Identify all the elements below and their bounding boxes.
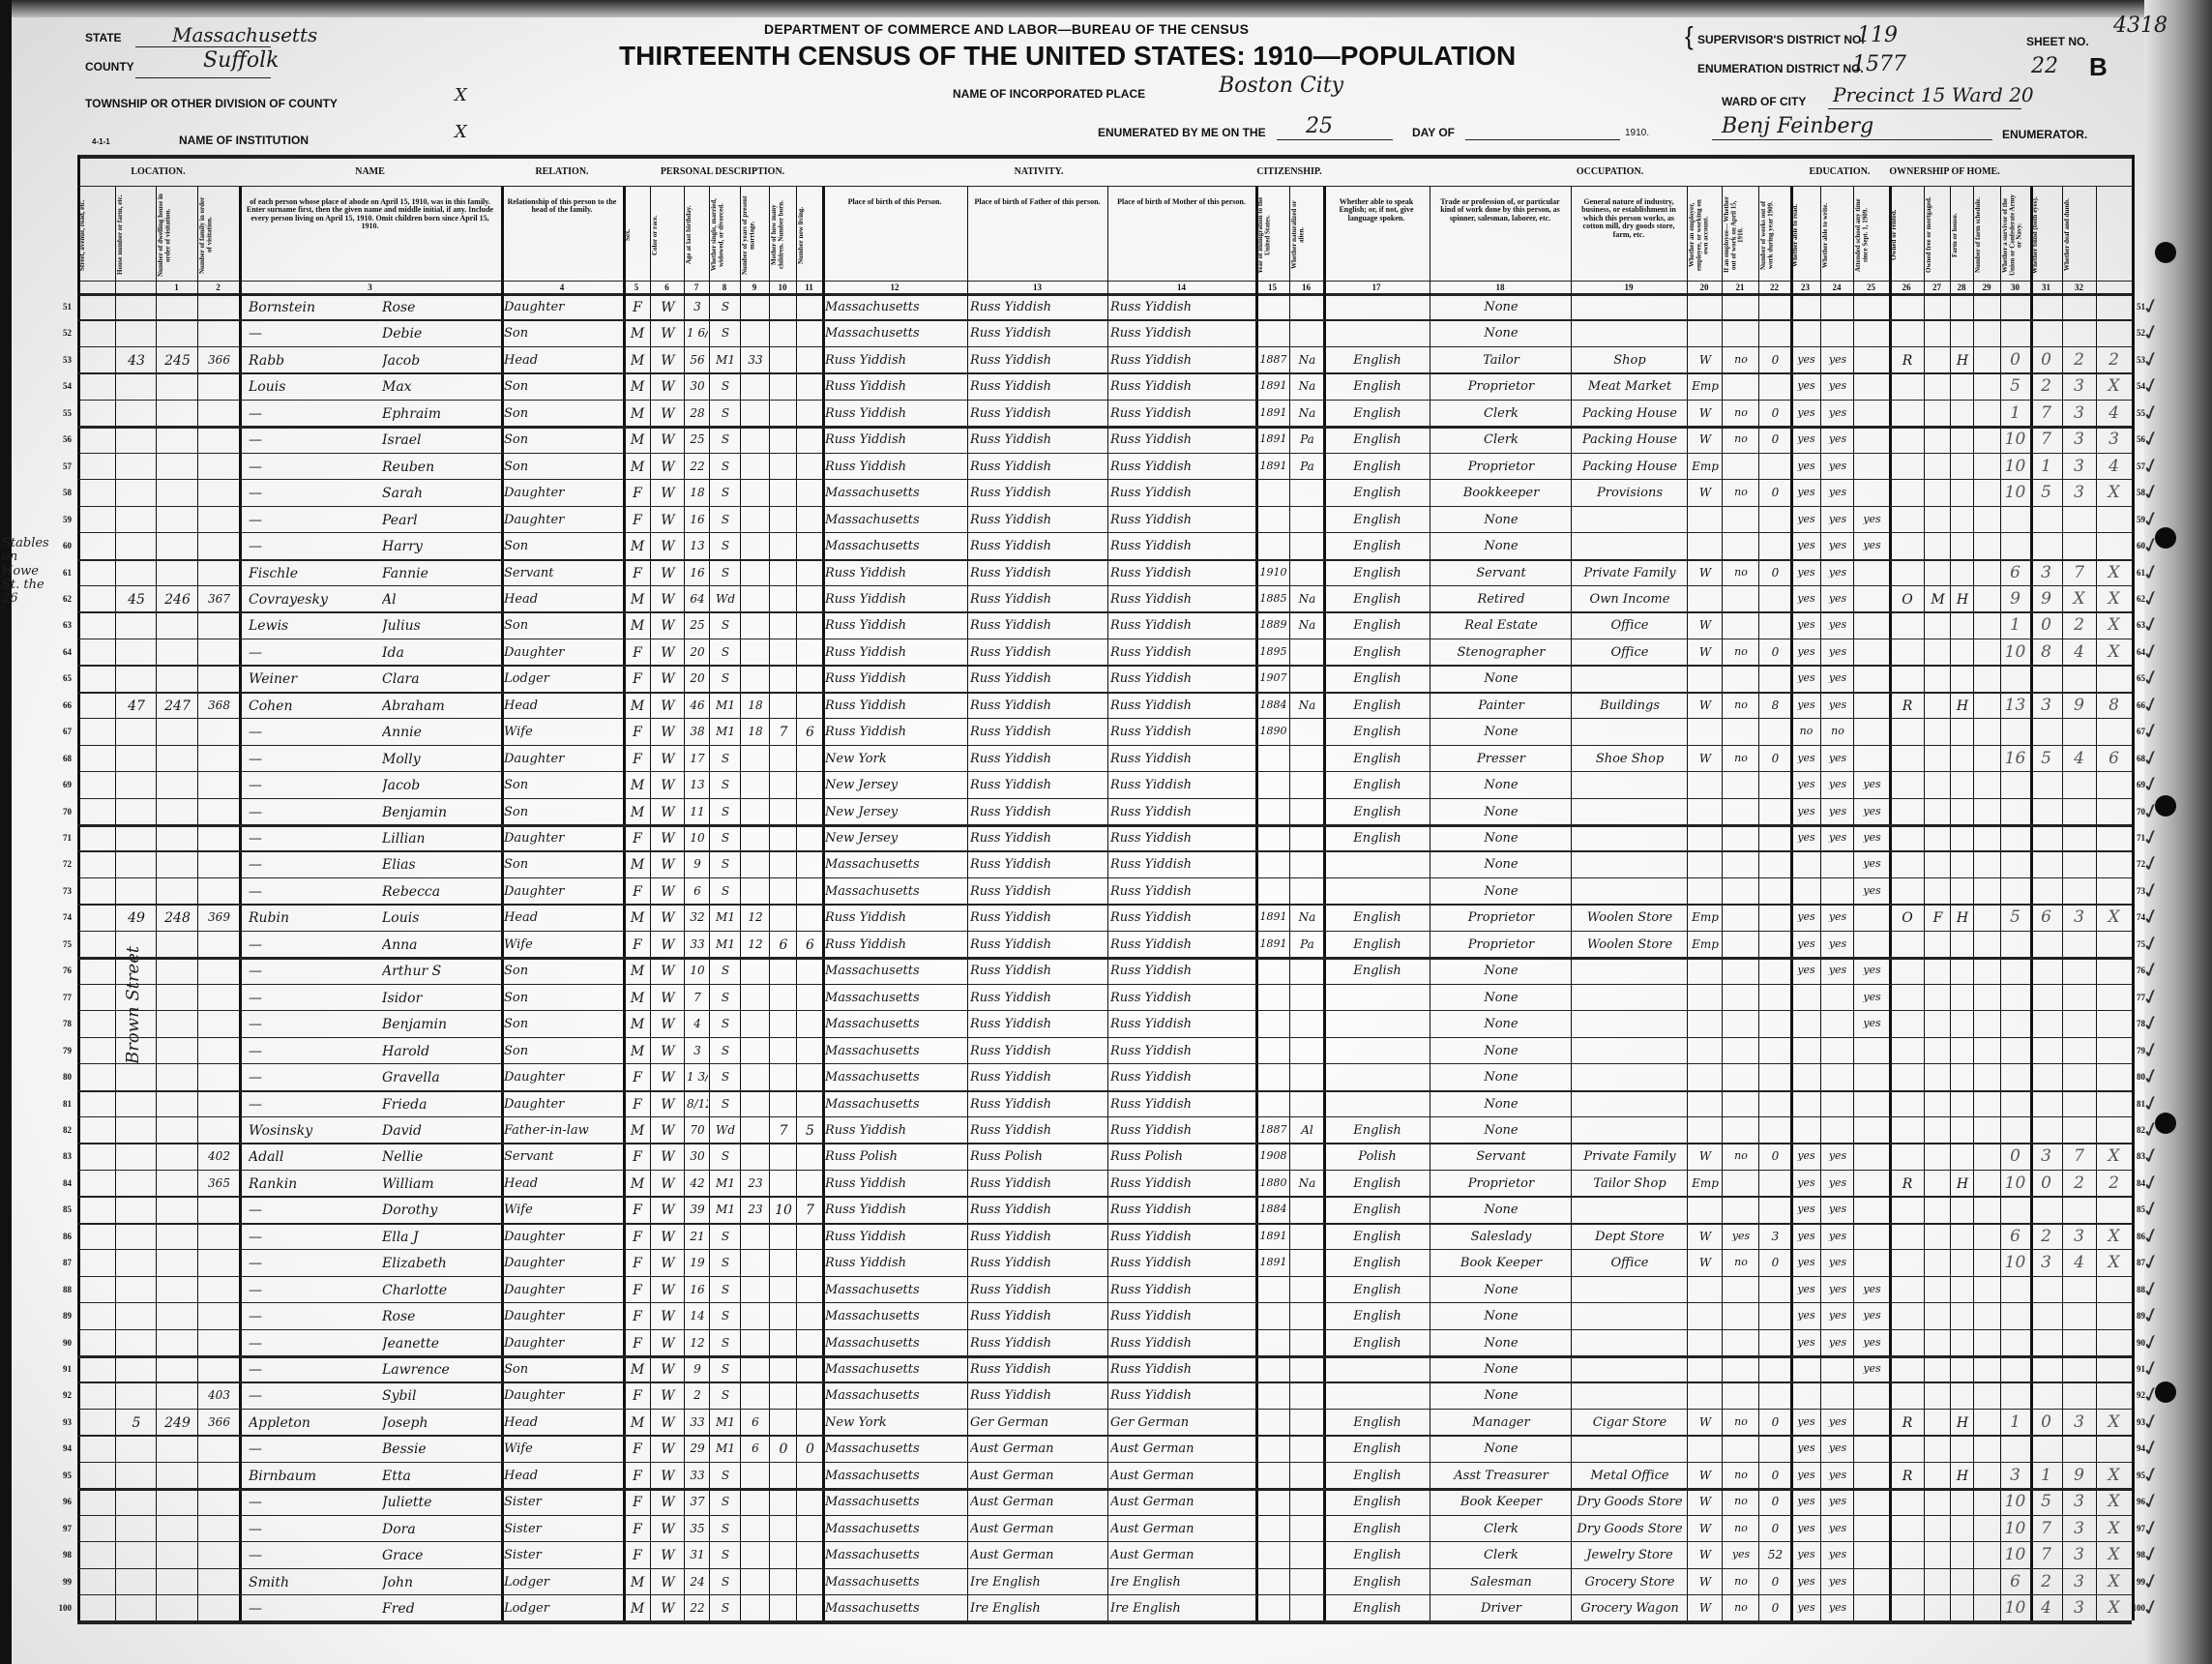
cell-weeks: 0	[1761, 433, 1789, 445]
cell-lang: English	[1326, 567, 1429, 579]
line-number: 90	[50, 1338, 72, 1348]
cell-immig: 1891	[1258, 407, 1288, 418]
cell-marital: M1	[712, 1442, 739, 1454]
column-header: Trade or profession of, or particular ki…	[1432, 198, 1568, 276]
column-header: If an employee— Whether out of work on A…	[1724, 193, 1756, 277]
cell-tally-code: 2	[2032, 1574, 2060, 1590]
cell-relation: Head	[504, 1177, 622, 1190]
census-sheet: STATE Massachusetts COUNTY Suffolk TOWNS…	[0, 0, 2212, 1664]
cell-lang: English	[1326, 540, 1429, 552]
cell-lang: English	[1326, 380, 1429, 393]
column-header: Number of years of present marriage.	[742, 193, 767, 277]
cell-mother: Russ Yiddish	[1110, 1337, 1254, 1350]
cell-trade: None	[1432, 1442, 1570, 1455]
cell-birth: Russ Yiddish	[825, 619, 966, 632]
cell-read: yes	[1793, 1231, 1819, 1241]
cell-color: W	[653, 938, 683, 952]
cell-mother: Russ Yiddish	[1110, 646, 1254, 659]
cell-surname: —	[249, 540, 374, 553]
cell-given-name: Elizabeth	[382, 1257, 498, 1270]
line-number: 73	[50, 886, 72, 896]
cell-father: Russ Yiddish	[970, 407, 1106, 420]
cell-surname: Cohen	[249, 699, 374, 713]
cell-surname: —	[249, 726, 374, 739]
cell-birth: Massachusetts	[825, 1496, 966, 1508]
cell-out_work: no	[1725, 1150, 1757, 1161]
cell-birth: Massachusetts	[825, 1442, 966, 1455]
cell-surname: Weiner	[249, 672, 374, 686]
cell-age: 39	[687, 1203, 708, 1215]
cell-school: yes	[1856, 885, 1888, 896]
cell-employer: W	[1690, 1602, 1721, 1614]
group-header-relation: RELATION.	[501, 166, 623, 177]
cell-surname: —	[249, 1602, 374, 1616]
cell-mother: Russ Yiddish	[1110, 1231, 1254, 1243]
cell-birth: Russ Polish	[825, 1150, 966, 1163]
cell-color: W	[653, 1523, 683, 1536]
cell-age: 17	[687, 753, 708, 764]
column-number: 28	[1950, 282, 1973, 292]
cell-birth: Massachusetts	[825, 1389, 966, 1402]
cell-tally-code: 6	[2002, 565, 2028, 581]
cell-birth: Russ Yiddish	[825, 699, 966, 712]
cell-marital: S	[712, 567, 739, 579]
cell-father: Aust German	[970, 1549, 1106, 1561]
cell-read: yes	[1793, 354, 1819, 365]
cell-sex: F	[626, 514, 649, 527]
cell-relation: Wife	[504, 1442, 622, 1455]
margin-note-stables: Stables on Howe St. the 26	[2, 537, 50, 606]
cell-given-name: Abraham	[382, 699, 498, 713]
line-number: 57	[50, 461, 72, 471]
cell-tally-code: 3	[2098, 431, 2130, 448]
cell-mother: Russ Yiddish	[1110, 1177, 1254, 1190]
line-number: 100	[50, 1603, 72, 1613]
cell-relation: Daughter	[504, 487, 622, 499]
cell-marital: S	[712, 858, 739, 870]
cell-tally-code: 1	[2032, 459, 2060, 475]
cell-sex: F	[626, 938, 649, 952]
line-number: 61	[50, 568, 72, 578]
cell-surname: —	[249, 1098, 374, 1112]
cell-relation: Sister	[504, 1496, 622, 1508]
sheet-side: B	[2089, 52, 2108, 82]
cell-given-name: Lawrence	[382, 1363, 498, 1377]
cell-immig: 1887	[1258, 354, 1288, 365]
cell-weeks: 0	[1761, 1470, 1789, 1481]
cell-tally-code: 3	[2064, 485, 2094, 501]
cell-natur: Na	[1292, 407, 1322, 419]
cell-mother: Russ Yiddish	[1110, 301, 1254, 313]
cell-tally-code: 3	[2064, 909, 2094, 926]
cell-family: 369	[200, 911, 238, 923]
cell-marital: S	[712, 885, 739, 897]
cell-age: 64	[687, 593, 708, 605]
cell-given-name: Molly	[382, 753, 498, 766]
column-number: 32	[2062, 282, 2096, 292]
cell-street_no: 47	[118, 699, 155, 713]
cell-relation: Son	[504, 327, 622, 340]
day-of-label: DAY OF	[1412, 126, 1455, 139]
column-header: Place of birth of this Person.	[825, 198, 964, 276]
cell-trade: Clerk	[1432, 433, 1570, 446]
line-number: 56	[50, 434, 72, 444]
cell-sex: M	[626, 1363, 649, 1377]
cell-surname: Bornstein	[249, 301, 374, 314]
cell-trade: Clerk	[1432, 407, 1570, 420]
cell-tally-code: 10	[2002, 1255, 2028, 1271]
cell-tally-code: X	[2064, 591, 2094, 608]
cell-own: R	[1892, 354, 1923, 368]
cell-write: yes	[1823, 1470, 1852, 1480]
cell-father: Russ Yiddish	[970, 938, 1106, 951]
cell-sex: M	[626, 407, 649, 421]
cell-surname: —	[249, 806, 374, 819]
cell-birth: Massachusetts	[825, 540, 966, 552]
cell-marital: S	[712, 1496, 739, 1507]
column-number: 21	[1722, 282, 1758, 292]
line-number: 74	[50, 912, 72, 922]
cell-tally-code: X	[2098, 617, 2130, 634]
line-number: 63	[50, 620, 72, 630]
cell-write: yes	[1823, 1549, 1852, 1560]
cell-color: W	[653, 965, 683, 978]
cell-father: Russ Yiddish	[970, 433, 1106, 446]
cell-surname: —	[249, 858, 374, 872]
cell-father: Russ Yiddish	[970, 965, 1106, 977]
cell-given-name: Ella J	[382, 1231, 498, 1244]
cell-tally-code: 3	[2064, 1521, 2094, 1537]
cell-trade: Tailor	[1432, 354, 1570, 367]
cell-dwelling: 248	[159, 911, 196, 925]
cell-relation: Daughter	[504, 885, 622, 898]
cell-surname: —	[249, 1071, 374, 1085]
cell-color: W	[653, 327, 683, 341]
column-number: 6	[650, 282, 684, 292]
cell-color: W	[653, 1257, 683, 1270]
cell-father: Russ Yiddish	[970, 1231, 1106, 1243]
cell-given-name: Benjamin	[382, 806, 498, 819]
cell-read: yes	[1793, 779, 1819, 789]
line-number: 89	[50, 1311, 72, 1321]
cell-given-name: Arthur S	[382, 965, 498, 978]
cell-sex: F	[626, 567, 649, 580]
cell-birth: Russ Yiddish	[825, 1231, 966, 1243]
cell-relation: Son	[504, 407, 622, 420]
cell-sex: M	[626, 380, 649, 394]
cell-birth: Russ Yiddish	[825, 380, 966, 393]
line-number: 83	[50, 1151, 72, 1161]
line-number: 55	[50, 408, 72, 418]
cell-color: W	[653, 806, 683, 819]
cell-write: yes	[1823, 407, 1852, 418]
line-number: 88	[50, 1285, 72, 1294]
cell-tally-code: 3	[2064, 459, 2094, 475]
cell-lang: English	[1326, 1442, 1429, 1455]
column-header: General nature of industry, business, or…	[1574, 198, 1684, 276]
cell-surname: Rabb	[249, 354, 374, 368]
cell-tally-code: 0	[2002, 1148, 2028, 1165]
cell-employer: W	[1690, 699, 1721, 711]
column-number: 7	[684, 282, 709, 292]
cell-own: R	[1892, 1416, 1923, 1430]
column-number: 29	[1973, 282, 2000, 292]
cell-color: W	[653, 1177, 683, 1191]
column-number: 3	[239, 282, 501, 292]
cell-mother: Russ Yiddish	[1110, 593, 1254, 606]
cell-age: 16	[687, 514, 708, 525]
cell-father: Russ Yiddish	[970, 699, 1106, 712]
cell-tally-code: 2	[2098, 1175, 2130, 1192]
cell-birth: Massachusetts	[825, 1523, 966, 1535]
cell-age: 30	[687, 380, 708, 392]
cell-color: W	[653, 1576, 683, 1590]
cell-yrs_married: 12	[743, 938, 768, 950]
cell-birth: Russ Yiddish	[825, 407, 966, 420]
cell-industry: Woolen Store	[1574, 911, 1686, 924]
cell-natur: Pa	[1292, 938, 1322, 950]
cell-marital: M1	[712, 699, 739, 711]
cell-industry: Grocery Wagon	[1574, 1602, 1686, 1615]
cell-father: Russ Yiddish	[970, 806, 1106, 818]
cell-trade: None	[1432, 1018, 1570, 1030]
cell-write: yes	[1823, 1310, 1852, 1321]
cell-lang: English	[1326, 354, 1429, 367]
cell-out_work: no	[1725, 1602, 1757, 1613]
cell-mother: Russ Polish	[1110, 1150, 1254, 1163]
cell-surname: —	[249, 1363, 374, 1377]
cell-surname: —	[249, 938, 374, 952]
cell-given-name: Gravella	[382, 1071, 498, 1085]
cell-tally-code: 10	[2002, 1521, 2028, 1537]
cell-age: 31	[687, 1549, 708, 1560]
cell-sex: M	[626, 1124, 649, 1138]
cell-birth: Russ Yiddish	[825, 1177, 966, 1190]
cell-father: Russ Yiddish	[970, 1310, 1106, 1322]
cell-given-name: Dorothy	[382, 1203, 498, 1217]
cell-weeks: 0	[1761, 1576, 1789, 1588]
cell-relation: Daughter	[504, 1389, 622, 1402]
cell-sex: M	[626, 1576, 649, 1590]
cell-relation: Daughter	[504, 1071, 622, 1084]
cell-tally-code: 7	[2032, 431, 2060, 448]
cell-surname: Covrayesky	[249, 593, 374, 607]
cell-employer: W	[1690, 753, 1721, 764]
line-number: 53	[50, 355, 72, 365]
cell-family: 366	[200, 1416, 238, 1428]
cell-surname: —	[249, 1257, 374, 1270]
cell-age: 22	[687, 461, 708, 472]
cell-natur: Al	[1292, 1124, 1322, 1136]
cell-tally-code: X	[2098, 1494, 2130, 1510]
cell-trade: Proprietor	[1432, 911, 1570, 924]
cell-write: yes	[1823, 1576, 1852, 1587]
cell-weeks: 3	[1761, 1231, 1789, 1242]
cell-read: no	[1793, 726, 1819, 736]
cell-father: Russ Yiddish	[970, 327, 1106, 340]
cell-color: W	[653, 380, 683, 394]
cell-trade: Asst Treasurer	[1432, 1470, 1570, 1482]
cell-age: 33	[687, 1416, 708, 1428]
cell-birth: Massachusetts	[825, 487, 966, 499]
cell-own: R	[1892, 1177, 1923, 1191]
cell-trade: Manager	[1432, 1416, 1570, 1429]
column-number: 23	[1790, 282, 1820, 292]
cell-age: 20	[687, 672, 708, 684]
cell-father: Russ Yiddish	[970, 1257, 1106, 1269]
cell-tally-code: X	[2098, 1148, 2130, 1165]
cell-color: W	[653, 1310, 683, 1323]
cell-sex: F	[626, 1231, 649, 1244]
state-underline	[135, 46, 271, 47]
cell-birth: Russ Yiddish	[825, 354, 966, 367]
cell-color: W	[653, 672, 683, 686]
cell-relation: Daughter	[504, 753, 622, 765]
cell-age: 1 3/12	[687, 1071, 708, 1083]
column-header: Whether deaf and dumb.	[2064, 193, 2094, 277]
cell-lang: English	[1326, 1576, 1429, 1589]
cell-out_work: no	[1725, 433, 1757, 444]
cell-write: yes	[1823, 1150, 1852, 1161]
cell-mother: Aust German	[1110, 1496, 1254, 1508]
cell-tally-code: 7	[2064, 1148, 2094, 1165]
line-number: 67	[50, 727, 72, 736]
column-number: 17	[1323, 282, 1430, 292]
cell-tally-code: X	[2098, 378, 2130, 395]
cell-trade: Stenographer	[1432, 646, 1570, 659]
column-header: Number of weeks out of work during year …	[1760, 193, 1788, 277]
sheet-label: SHEET NO.	[2026, 35, 2089, 48]
cell-given-name: Pearl	[382, 514, 498, 527]
cell-given-name: Annie	[382, 726, 498, 739]
cell-tally-code: 10	[2002, 644, 2028, 661]
cell-industry: Office	[1574, 619, 1686, 632]
cell-read: yes	[1793, 380, 1819, 391]
line-number: 99	[50, 1577, 72, 1587]
cell-given-name: Ephraim	[382, 407, 498, 421]
cell-age: 28	[687, 407, 708, 419]
cell-sex: M	[626, 992, 649, 1005]
column-header: Number of family in order of visitation.	[199, 193, 237, 277]
line-number: 64	[50, 647, 72, 657]
column-number: 15	[1255, 282, 1289, 292]
column-header: Whether an employer, employee, or workin…	[1689, 193, 1720, 277]
cell-natur: Na	[1292, 593, 1322, 605]
cell-given-name: Isidor	[382, 992, 498, 1005]
cell-lang: English	[1326, 779, 1429, 791]
cell-color: W	[653, 619, 683, 633]
line-number: 81	[50, 1099, 72, 1109]
cell-color: W	[653, 858, 683, 872]
cell-tally-code: 6	[2032, 909, 2060, 926]
cell-sex: M	[626, 540, 649, 553]
cell-immig: 1884	[1258, 1203, 1288, 1214]
cell-read: yes	[1793, 1203, 1819, 1214]
cell-yrs_married: 18	[743, 726, 768, 737]
cell-free: M	[1927, 593, 1949, 607]
cell-color: W	[653, 1442, 683, 1456]
cell-natur: Pa	[1292, 461, 1322, 472]
cell-tally-code: 1	[2032, 1468, 2060, 1484]
cell-mother: Russ Yiddish	[1110, 619, 1254, 632]
cell-color: W	[653, 1203, 683, 1217]
cell-age: 13	[687, 779, 708, 790]
cell-out_work: no	[1725, 1576, 1757, 1587]
cell-relation: Sister	[504, 1523, 622, 1535]
cell-mother: Aust German	[1110, 1470, 1254, 1482]
cell-employer: W	[1690, 1416, 1721, 1428]
cell-read: yes	[1793, 1284, 1819, 1294]
cell-lang: English	[1326, 1549, 1429, 1561]
cell-lang: English	[1326, 1124, 1429, 1137]
cell-surname: —	[249, 753, 374, 766]
cell-color: W	[653, 593, 683, 607]
cell-tally-code: 3	[2032, 698, 2060, 714]
cell-yrs_married: 18	[743, 699, 768, 711]
cell-family: 402	[200, 1150, 238, 1162]
cell-tally-code: 3	[2064, 405, 2094, 422]
line-number: 86	[50, 1232, 72, 1241]
cell-out_work: no	[1725, 354, 1757, 365]
cell-marital: S	[712, 514, 739, 525]
cell-school: yes	[1856, 832, 1888, 843]
cell-out_work: no	[1725, 407, 1757, 418]
cell-industry: Private Family	[1574, 1150, 1686, 1163]
cell-read: yes	[1793, 1523, 1819, 1533]
cell-relation: Son	[504, 992, 622, 1004]
cell-tally-code: 0	[2002, 352, 2028, 369]
cell-lang: English	[1326, 1310, 1429, 1322]
cell-yrs_married: 23	[743, 1177, 768, 1189]
line-number: 62	[50, 594, 72, 604]
cell-relation: Daughter	[504, 1098, 622, 1111]
line-number: 59	[50, 515, 72, 524]
cell-father: Russ Yiddish	[970, 726, 1106, 738]
cell-color: W	[653, 1098, 683, 1112]
punch-hole	[2155, 242, 2176, 263]
cell-living: 6	[799, 726, 821, 739]
cell-age: 46	[687, 699, 708, 711]
cell-tally-code: X	[2098, 565, 2130, 581]
cell-age: 16	[687, 567, 708, 579]
column-header: Whether single, married, widowed, or div…	[711, 193, 738, 277]
line-number: 76	[50, 966, 72, 975]
cell-marital: S	[712, 992, 739, 1003]
cell-natur: Na	[1292, 380, 1322, 392]
county-value: Suffolk	[203, 48, 279, 73]
column-header: Farm or house.	[1952, 193, 1971, 277]
cell-surname: Rubin	[249, 911, 374, 925]
cell-weeks: 0	[1761, 1257, 1789, 1268]
cell-tally-code: 4	[2064, 644, 2094, 661]
cell-relation: Son	[504, 619, 622, 632]
cell-given-name: Fannie	[382, 567, 498, 580]
cell-home: H	[1953, 911, 1972, 925]
cell-birth: Russ Yiddish	[825, 672, 966, 685]
cell-father: Russ Yiddish	[970, 487, 1106, 499]
cell-weeks: 0	[1761, 1602, 1789, 1614]
column-header: Place of birth of Father of this person.	[970, 198, 1105, 276]
cell-color: W	[653, 832, 683, 846]
column-header: Whether naturalized or alien.	[1291, 193, 1321, 277]
cell-color: W	[653, 646, 683, 660]
cell-given-name: Bessie	[382, 1442, 498, 1456]
cell-write: yes	[1823, 540, 1852, 550]
cell-birth: Massachusetts	[825, 885, 966, 898]
cell-trade: Driver	[1432, 1602, 1570, 1615]
cell-mother: Russ Yiddish	[1110, 1389, 1254, 1402]
cell-tally-code: 16	[2002, 751, 2028, 767]
